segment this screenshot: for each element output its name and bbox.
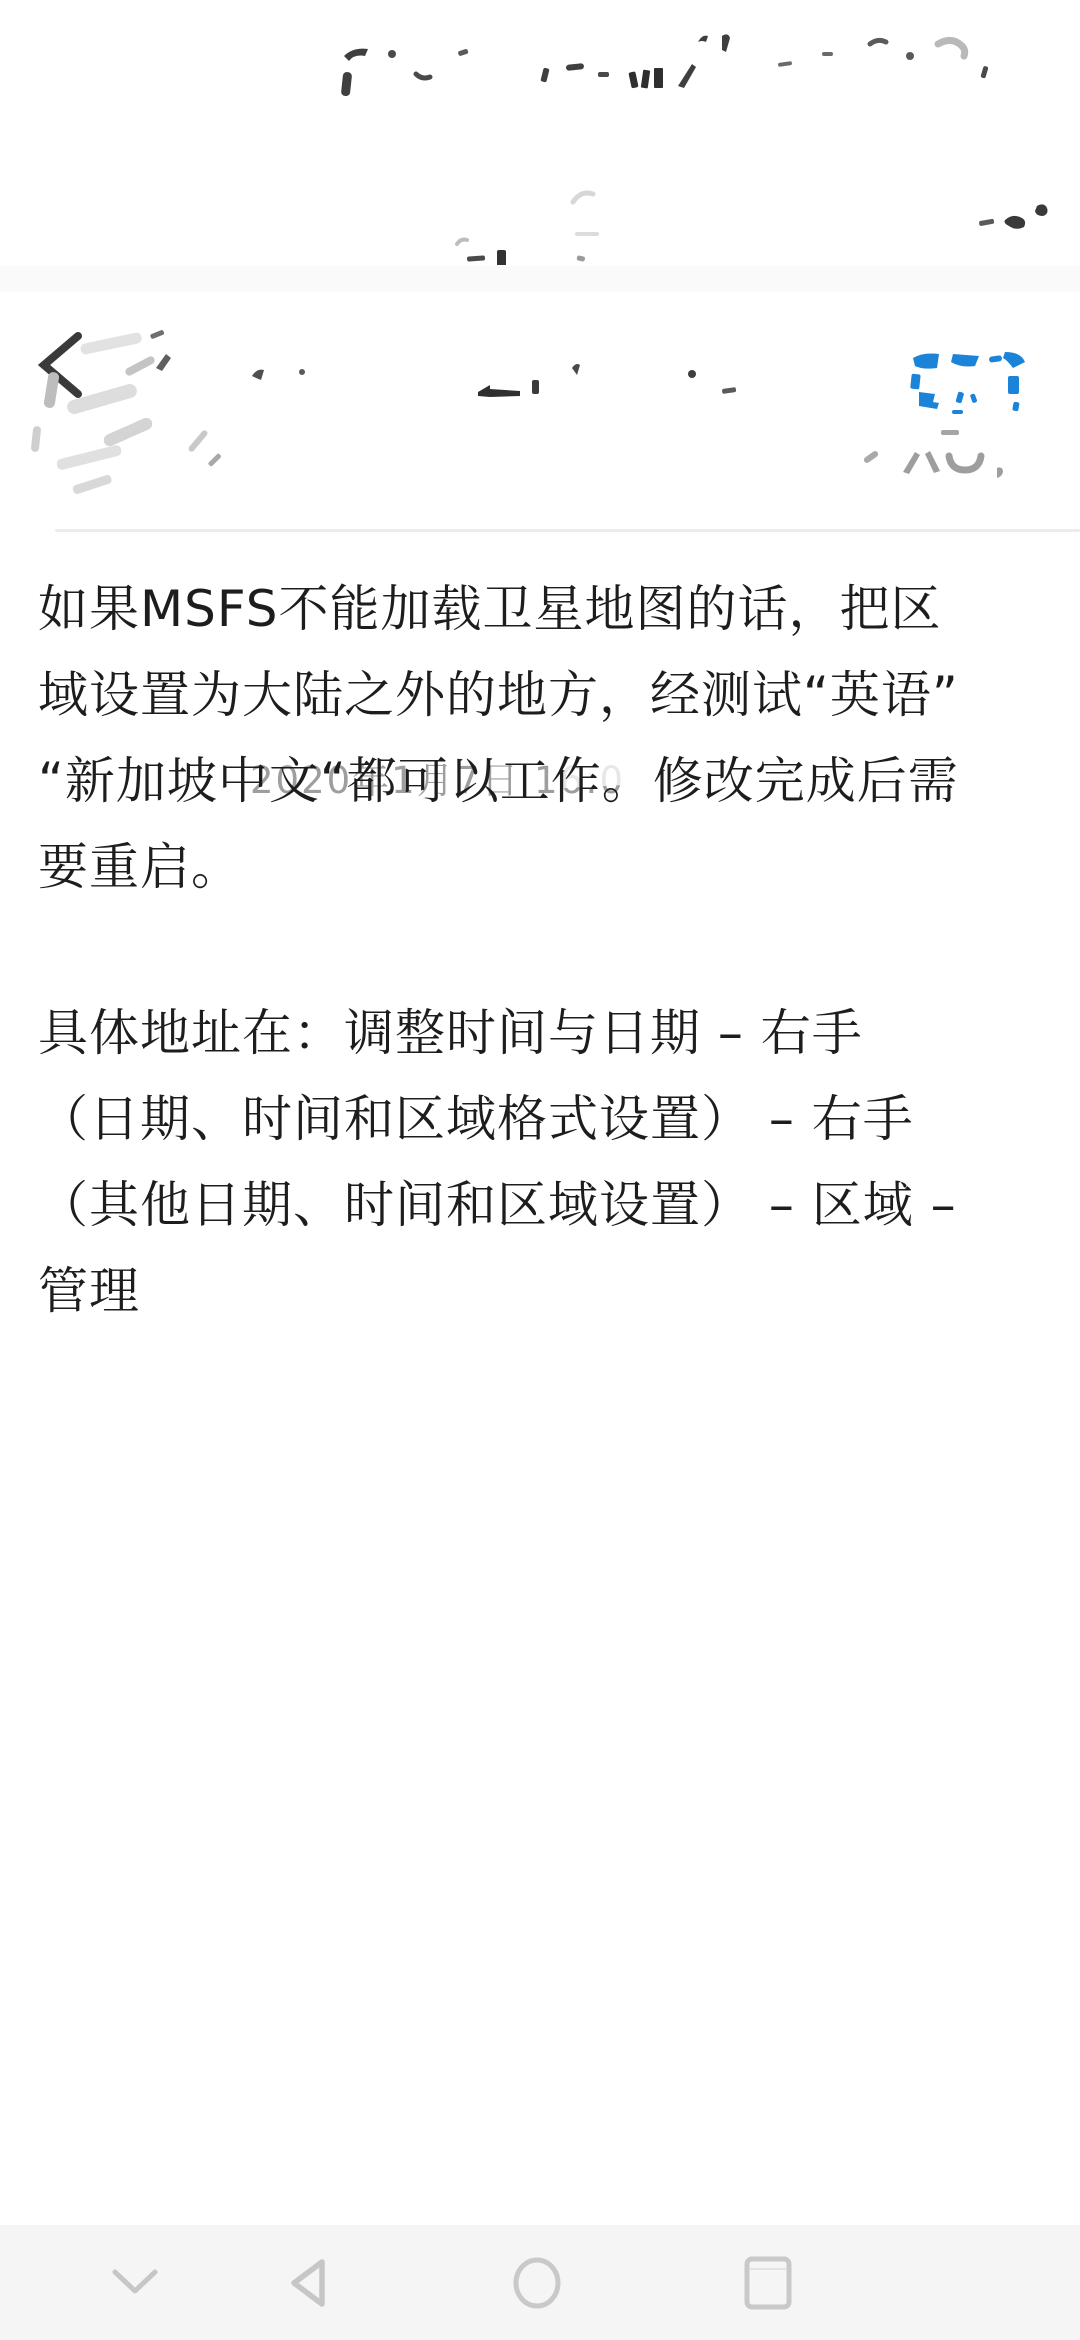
square-icon — [742, 2255, 794, 2311]
post-paragraph: 如果MSFS不能加载卫星地图的话，把区 域设置为大陆之外的地方，经测试“英语” … — [38, 566, 1048, 910]
post-text-line: （日期、时间和区域格式设置） – 右手 — [38, 1076, 1048, 1162]
post-paragraph: 具体地址在：调整时间与日期 – 右手 （日期、时间和区域格式设置） – 右手 （… — [38, 990, 1048, 1334]
nav-recents-button[interactable] — [742, 2255, 794, 2311]
post-divider — [55, 529, 1080, 532]
post-text-line: 管理 — [38, 1248, 1048, 1334]
post-text-line: 如果MSFS不能加载卫星地图的话，把区 — [38, 566, 1048, 652]
post-text-line: 要重启。 — [38, 824, 1048, 910]
redacted-title — [455, 180, 675, 265]
redacted-avatar-image — [28, 330, 178, 515]
system-nav-bar — [0, 2225, 1080, 2340]
post-body: 如果MSFS不能加载卫星地图的话，把区 域设置为大陆之外的地方，经测试“英语” … — [38, 566, 1048, 1334]
redacted-menu-dots — [975, 200, 1060, 245]
redacted-badge-icon — [905, 348, 1030, 423]
redacted-status-bar-content — [330, 22, 1030, 102]
nav-hide-button[interactable] — [108, 2265, 162, 2299]
phone-screen: 2020年1月7日 16:0 — [0, 0, 1080, 2340]
triangle-left-icon — [284, 2255, 338, 2311]
nav-back-button[interactable] — [284, 2255, 338, 2311]
post-meta-row: 2020年1月7日 16:0 — [0, 320, 1080, 520]
redacted-read-count — [845, 428, 1025, 486]
redacted-avatar-edge — [155, 430, 225, 480]
post-text-line: 具体地址在：调整时间与日期 – 右手 — [38, 990, 1048, 1076]
app-bar — [0, 150, 1080, 270]
header-content-separator — [0, 266, 1080, 292]
circle-icon — [511, 2255, 563, 2311]
redacted-username — [240, 358, 760, 410]
nav-home-button[interactable] — [511, 2255, 563, 2311]
post-text-line: （其他日期、时间和区域设置） – 区域 – — [38, 1162, 1048, 1248]
post-text-line: 域设置为大陆之外的地方，经测试“英语” — [38, 652, 1048, 738]
redacted-badge[interactable] — [905, 348, 1030, 423]
status-bar — [0, 0, 1080, 110]
avatar[interactable] — [28, 330, 178, 515]
chevron-down-icon — [108, 2265, 162, 2299]
post-text-line: “新加坡中文“都可以工作。修改完成后需 — [38, 738, 1048, 824]
